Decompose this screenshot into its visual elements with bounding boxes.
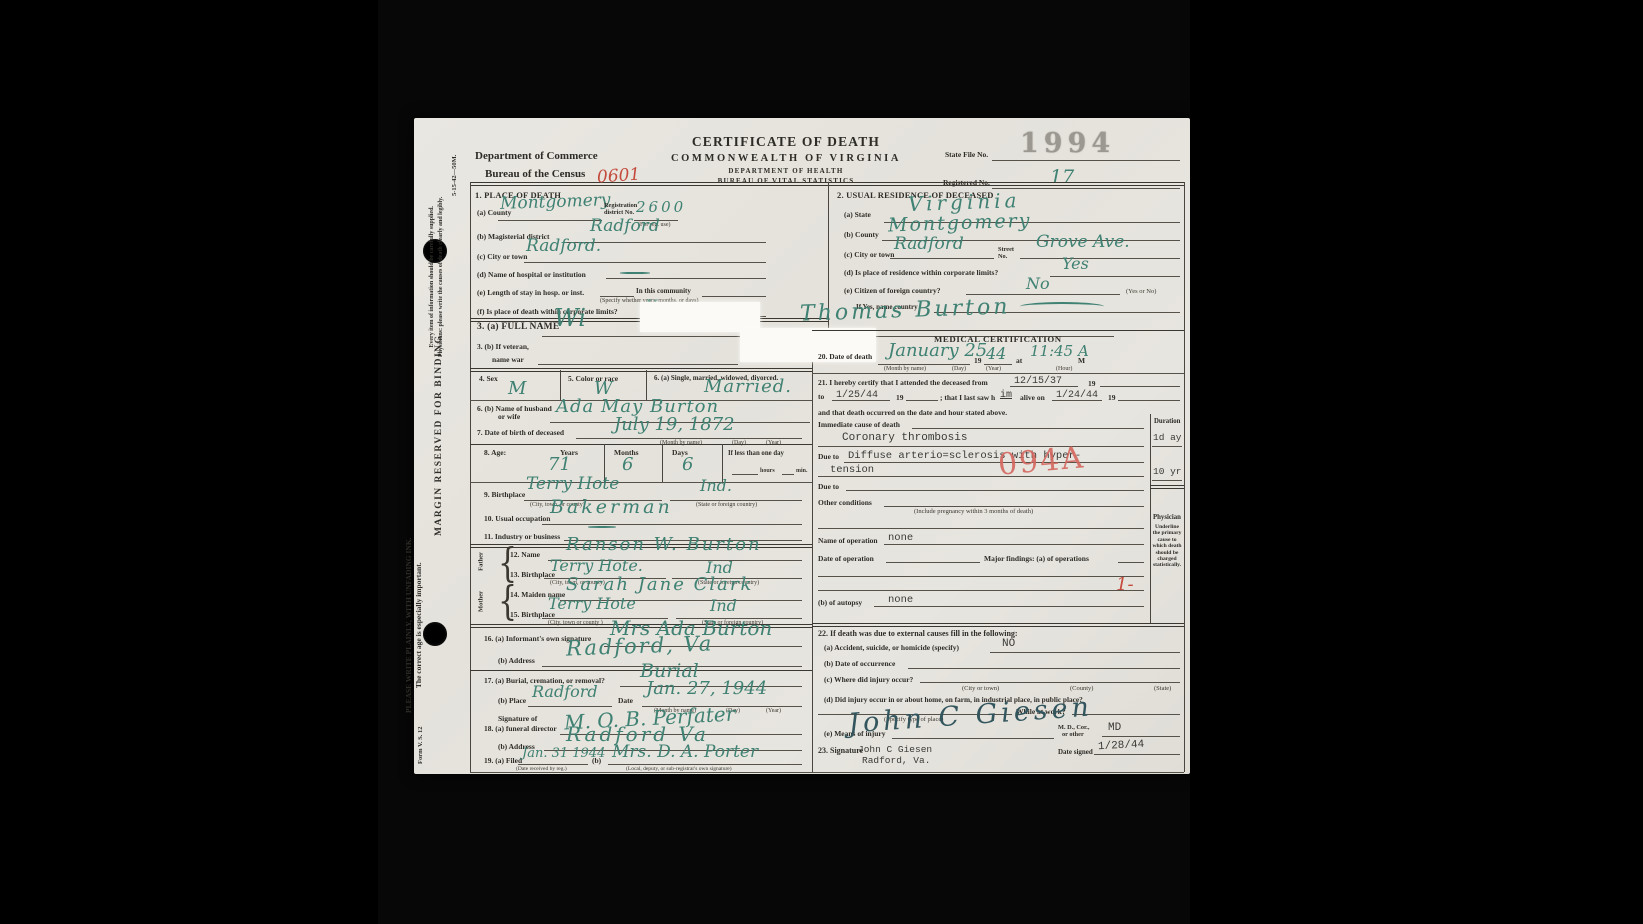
death-note-year: (Year) [986,366,1001,372]
age-min-label: min. [796,468,808,474]
occupation-label: 10. Usual occupation [484,514,550,523]
immediate-cause-label: Immediate cause of death [818,420,900,429]
age-min-line [782,474,794,475]
burial-place-line [528,706,612,707]
father-side-label: Father [478,547,485,577]
industry-dash-mark [588,526,616,528]
death-date-line [878,364,970,365]
external-a-label: (a) Accident, suicide, or homicide (spec… [824,643,959,652]
industry-label: 11. Industry or business [484,532,560,541]
filed-note: (Date received by reg.) [516,766,567,772]
state-file-stamp: 1994 [1020,128,1115,159]
certify-19b-line [1100,386,1180,387]
sec2-county-value: Montgomery [888,210,1032,237]
red-mark-1: 1- [1116,574,1134,595]
duration1-line [1152,446,1182,447]
margin-print-code: 5-15-42—50M. [451,155,458,196]
street-line [1020,258,1180,259]
dept-commerce: Department of Commerce [475,150,598,162]
sec2-citizen-note: (Yes or No) [1126,288,1156,295]
registrar-note: (Local, deputy, or sub-registrar's own s… [626,766,732,772]
full-name-part2: Thomas Burton [800,294,1011,326]
age-less-label: If less than one day [728,450,784,457]
birthplace-city: Terry Hote [526,474,619,494]
due2-line [846,490,1144,491]
margin-plainly-note: PLEASE WRITE PLAINLY, WITH UNFADING INK.… [404,537,423,713]
full-name-part1: Wi [554,304,586,332]
informant-addr-value: Radford, Va [566,631,714,660]
sec1-county-value: Montgomery [500,190,611,214]
filed-label: 19. (a) Filed [484,756,522,765]
physician-top-rule [1150,485,1184,489]
sec1-city-label: (c) City or town [477,252,527,261]
street-label2: No. [998,253,1007,260]
street-value: Grove Ave. [1036,232,1130,252]
burial-date-value: Jan. 27, 1944 [646,678,767,699]
duration-header: Duration [1154,418,1180,425]
md-cor-label1: M. D., Cor., [1058,724,1089,731]
external-c-note1: (City or town) [962,685,999,692]
sec1-stay-line2 [702,296,766,297]
margin-supply-line1: Every item of information should be care… [428,197,437,357]
md-cor-label2: or other [1062,731,1084,738]
certify-alive-line [1052,400,1102,401]
regdist-label1: Registration [604,202,637,209]
death-m-label: M [1078,356,1085,365]
operation-value: none [888,532,913,544]
major-findings-label: Major findings: (a) of operations [984,554,1089,563]
dept-health: DEPARTMENT OF HEALTH [666,167,906,175]
margin-form-number: Form V. S. 12 [417,727,424,765]
cert-title: CERTIFICATE OF DEATH [666,134,906,150]
sec2-citizen-label: (e) Citizen of foreign country? [844,286,941,295]
sec1-district-value: Radford [590,216,660,236]
death-year-value: 44 [986,344,1006,363]
bureau-census: Bureau of the Census [485,168,585,180]
age-days-value: 6 [682,454,693,475]
physician-header: Physician [1153,514,1181,521]
operation-date-label: Date of operation [818,554,874,563]
margin-supply-note: Every item of information should be care… [428,197,445,357]
filed-b-label: (b) [592,756,601,765]
external-e-line [892,738,1054,739]
spouse-label2: or wife [498,412,520,421]
mother-maiden-value: Sarah Jane Clark [566,574,753,595]
birthplace-state-line [670,500,802,501]
funeral-label1: Signature of [498,714,537,723]
findings-blank-line2 [818,590,1144,591]
margin-plainly-line1: PLEASE WRITE PLAINLY, WITH UNFADING INK. [404,537,414,713]
commonwealth-title: COMMONWEALTH OF VIRGINIA [666,153,906,164]
margin-supply-line2: Physicians: please write the causes of d… [437,197,446,357]
sec2-county-label: (b) County [844,230,879,239]
sec1-city-line [524,262,766,263]
age-top-line [470,444,812,445]
operation-line [884,544,1144,545]
other-conditions-note: (Include pregnancy within 3 months of de… [914,508,1033,515]
burial-place-label: (b) Place [498,696,526,705]
marital-value: Married. [704,376,792,397]
due1-line2 [818,476,1144,477]
dob-note-day: (Day) [732,440,746,446]
age-label: 8. Age: [484,448,506,457]
right-border [1184,182,1185,772]
sec1-city-value: Radford. [526,236,601,256]
full-name-label: 3. (a) FULL NAME [477,322,559,332]
certify-19b: 19 [1088,379,1096,388]
duration2-value: 10 yr [1153,466,1182,477]
physician-underline-note: Underline the primary cause to which dea… [1151,524,1183,569]
sec2-corp-label: (d) Is place of residence within corpora… [844,268,998,277]
sec1-hospital-label: (d) Name of hospital or institution [477,270,586,279]
birthplace-label: 9. Birthplace [484,490,525,499]
registrar-signature: Mrs. D. A. Porter [612,742,758,762]
country-flourish-mark [1020,302,1104,311]
sec2-city-label: (c) City or town [844,250,894,259]
autopsy-line [874,606,1144,607]
regdist-label2: district No. [604,209,634,216]
certify-top-rule [812,373,1184,374]
community-label: In this community [636,287,691,295]
duration2-line [1152,480,1182,481]
death-note-hour: (Hour) [1056,366,1072,372]
certify-19c: 19 [896,393,904,402]
sec2-corp-value: Yes [1062,254,1089,273]
sec1-corp-label: (f) Is place of death within corporate l… [477,307,618,316]
left-border [470,182,471,772]
autopsy-label: (b) of autopsy [818,598,862,607]
sec1-red-code: 0601 [596,165,641,188]
certify-19c-line [906,400,938,401]
other-conditions-label: Other conditions [818,498,872,507]
header-rule [470,182,1184,186]
regdist-value: 2600 [636,198,686,216]
sec1-county-line [498,220,602,221]
registered-line [992,188,1180,189]
operation-date-line [886,562,980,563]
date-signed-line [1094,754,1180,755]
sex-value: M [508,378,526,399]
state-file-line [992,160,1180,161]
immediate-cause-line2 [818,446,1144,447]
operation-label: Name of operation [818,536,878,545]
signature-label: 23. Signature [818,746,863,755]
date-signed-value: 1/28/44 [1098,739,1145,753]
findings-blank-line1 [818,576,1144,577]
date-signed-label: Date signed [1058,748,1093,756]
filed-date-line [518,764,588,765]
certify-to-label: to [818,392,824,401]
sec2-city-line [890,258,994,259]
external-top-rule [812,623,1184,627]
age-div2 [662,444,663,482]
occurred-text: and that death occurred on the date and … [818,408,1007,417]
death-date-value: January 25 [888,340,987,361]
physician-typed-address: Radford, Va. [862,755,930,766]
dob-line [576,438,802,439]
certify-19d: 19 [1108,393,1116,402]
demo-top-rule [470,368,812,372]
dob-note-year: (Year) [766,440,781,446]
sec2-citizen-value: No [1026,274,1050,293]
medical-top-rule [812,330,1184,331]
due1-line1 [844,462,1144,463]
death-at-label: at [1016,356,1022,365]
veteran-line [538,364,738,365]
external-a-value: NO [1002,638,1015,650]
death-year-prefix: 19 [974,356,982,365]
death-date-label: 20. Date of death [818,352,872,361]
dob-label: 7. Date of birth of deceased [477,428,564,437]
external-heading: 22. If death was due to external causes … [818,629,1018,638]
sec1-stay-line1 [600,296,634,297]
occupation-line [542,524,802,525]
margin-binding-text: MARGIN RESERVED FOR BINDING [434,335,444,536]
external-b-line [908,668,1180,669]
major-findings-line [1118,562,1144,563]
certify-saw-label: ; that I last saw h [940,393,995,402]
death-year-line [984,364,1012,365]
age-years-value: 71 [548,454,571,475]
death-certificate-page: 5-15-42—50M. Every item of information s… [414,118,1190,774]
immediate-cause-value: Coronary thrombosis [842,432,967,444]
mother-bp-state: Ind [710,596,737,615]
birthplace-state: Ind. [700,476,732,495]
due1-label: Due to [818,452,839,461]
punch-hole-bottom [423,622,447,646]
sec2-state-label: (a) State [844,210,871,219]
certify-to-line [832,400,890,401]
death-note-month: (Month by name) [884,366,926,372]
certify-text: 21. I hereby certify that I attended the… [818,378,988,387]
external-b-label: (b) Date of occurrence [824,659,895,668]
funeral-label2: 18. (a) funeral director [484,724,557,733]
veteran-label1: 3. (b) If veteran, [477,342,529,351]
other-conditions-line [884,506,1144,507]
external-c-line [920,682,1180,683]
burial-place-value: Radford [532,682,598,701]
other-blank-line [818,528,1144,529]
age-months-value: 6 [622,454,633,475]
due2-label: Due to [818,482,839,491]
certify-from-line [1010,386,1078,387]
margin-plainly-line2: The correct age is especially important. [414,537,424,713]
hospital-dash-mark [620,272,650,274]
autopsy-value: none [888,594,913,606]
due1-value-b: tension [830,464,874,476]
mother-side-label: Mother [478,587,485,617]
duration1-value: 1d ay [1153,432,1182,443]
veteran-label2: name war [492,355,524,364]
father-name-value: Ranson W. Burton [566,534,762,555]
occupation-value: Bakerman [550,496,673,518]
sec1-hospital-line [606,278,766,279]
death-note-day: (Day) [952,366,966,372]
dob-note-month: (Month by name) [660,440,702,446]
certify-19d-line [1118,400,1180,401]
birthplace-state-note: (State or foreign country) [696,502,757,508]
sec1-stay-label: (e) Length of stay in hosp. or inst. [477,288,584,297]
age-hours-label: hours [760,468,775,474]
bottom-border [470,772,1184,773]
sec2-corp-line [1050,276,1180,277]
registrar-line [608,764,802,765]
informant-addr-label: (b) Address [498,656,535,665]
scan-stage: 5-15-42—50M. Every item of information s… [0,0,1643,924]
age-hours-line [732,474,758,475]
duration-column-border [1150,414,1151,624]
immediate-cause-line1 [912,428,1144,429]
md-value: MD [1108,722,1121,734]
certify-him-value: im [1000,390,1012,401]
external-a-line [990,652,1180,653]
md-line [1102,736,1180,737]
state-file-label: State File No. [945,150,988,159]
burial-note3: (Year) [766,708,781,714]
external-c-label: (c) Where did injury occur? [824,675,913,684]
physician-typed-name: John C Giesen [858,744,932,755]
age-bottom-line [470,482,812,483]
external-c-note3: (State) [1154,685,1171,692]
column-divider-main [812,330,813,772]
sec2-city-value: Radford [894,234,964,254]
mother-bp-city: Terry Hote [548,594,636,613]
sex-label: 4. Sex [479,374,498,383]
father-bp-city: Terry Hote. [550,556,643,575]
dob-value: July 19, 1872 [614,414,735,435]
burial-date-label: Date [618,696,633,705]
certify-alive-label: alive on [1020,393,1045,402]
father-name-label: 12. Name [510,550,540,559]
street-label1: Street [998,246,1014,253]
